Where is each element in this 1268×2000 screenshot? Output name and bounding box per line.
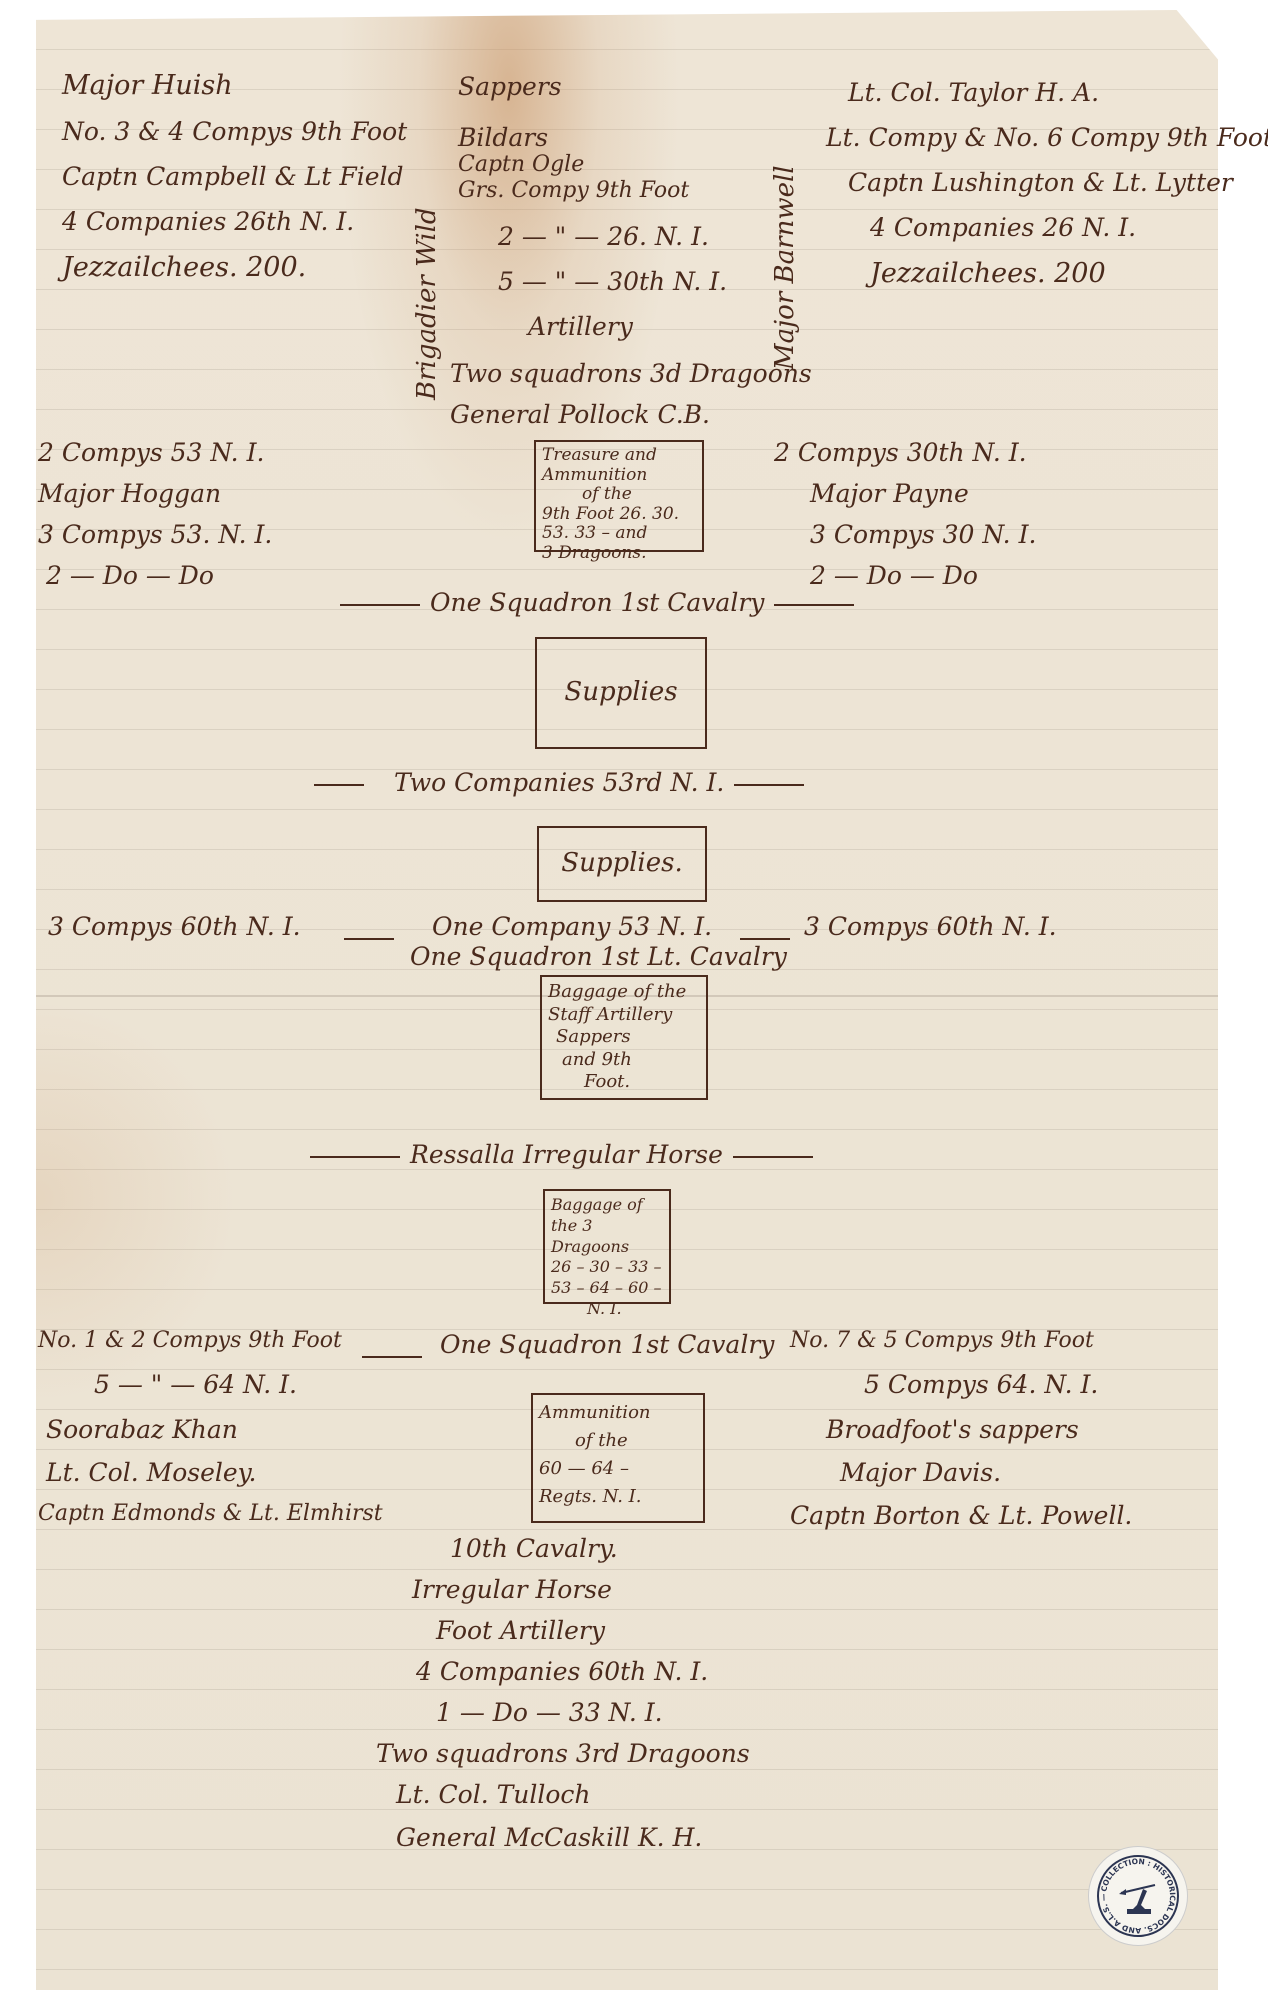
box-line: 53 – 64 – 60 –: [551, 1278, 663, 1299]
rule-line: [774, 604, 854, 606]
line-two-companies: Two Companies 53rd N. I.: [304, 768, 814, 797]
text-line: Grs. Compy 9th Foot: [458, 180, 812, 202]
text-line: General Pollock C.B.: [450, 402, 812, 427]
box-line: of the: [539, 1427, 697, 1455]
text-line: 2 — Do — Do: [46, 563, 272, 588]
text-line: 1 — Do — 33 N. I.: [436, 1700, 750, 1725]
box-line: 9th Foot 26. 30.: [542, 505, 696, 525]
rule-line: [310, 1156, 400, 1158]
box-line: Ammunition: [539, 1399, 697, 1427]
text-line: Lt. Compy & No. 6 Compy 9th Foot: [826, 125, 1268, 150]
collection-seal: COLLECTION : HISTORICAL DOCS. AND A.L.S.…: [1088, 1846, 1188, 1946]
text-line: Two squadrons 3d Dragoons: [450, 361, 812, 386]
text-line: Captn Edmonds & Lt. Elmhirst: [38, 1503, 383, 1525]
text-line: 5 Compys 64. N. I.: [864, 1372, 1132, 1397]
vertical-label-brigadier-wild: Brigadier Wild: [412, 207, 442, 400]
text-line: 3 Compys 30 N. I.: [810, 522, 1036, 547]
text-line: 4 Companies 26th N. I.: [62, 209, 407, 234]
text-line: Lt. Col. Taylor H. A.: [848, 80, 1268, 105]
box-line: Treasure and: [542, 446, 696, 466]
box-line: 26 – 30 – 33 –: [551, 1257, 663, 1278]
text-line: Jezzailchees. 200.: [62, 254, 407, 281]
text-line: Major Payne: [810, 481, 1036, 506]
rule-line: [362, 1340, 422, 1369]
text-line: Captn Ogle: [458, 154, 812, 176]
text-line: 10th Cavalry.: [450, 1536, 750, 1561]
text-line: Foot Artillery: [436, 1618, 750, 1643]
box-line: Foot.: [548, 1071, 700, 1094]
text-line: Captn Campbell & Lt Field: [62, 164, 407, 189]
box-ammunition: Ammunition of the 60 — 64 – Regts. N. I.: [531, 1393, 705, 1523]
text-line: 2 Compys 53 N. I.: [38, 440, 272, 465]
rule-line: [344, 922, 394, 951]
text-line: Ressalla Irregular Horse: [410, 1140, 723, 1169]
rule-line: [733, 1156, 813, 1158]
column-sappers: Sappers Bildars Captn Ogle Grs. Compy 9t…: [458, 74, 812, 445]
box-line: the 3 Dragoons: [551, 1216, 663, 1258]
text-line: One Squadron 1st Cavalry: [430, 588, 764, 617]
text-line: No. 1 & 2 Compys 9th Foot: [38, 1330, 383, 1352]
column-rear: 10th Cavalry. Irregular Horse Foot Artil…: [376, 1536, 750, 1868]
line-ressalla-irregular-horse: Ressalla Irregular Horse: [300, 1140, 823, 1169]
column-lower-left: No. 1 & 2 Compys 9th Foot 5 — " — 64 N. …: [38, 1330, 383, 1543]
text-line: No. 3 & 4 Compys 9th Foot: [62, 119, 407, 144]
column-lt-col-taylor: Lt. Col. Taylor H. A. Lt. Compy & No. 6 …: [826, 80, 1268, 305]
text-60th-left: 3 Compys 60th N. I.: [48, 912, 301, 941]
text-line: Two Companies 53rd N. I.: [394, 768, 724, 797]
line-one-squadron-cavalry-2: One Squadron 1st Cavalry: [440, 1330, 774, 1359]
text-line: Major Davis.: [840, 1460, 1132, 1485]
text-line: Major Huish: [62, 72, 407, 99]
text-line: 2 — " — 26. N. I.: [498, 224, 812, 249]
text-line: 4 Companies 26 N. I.: [870, 215, 1268, 240]
text-line: Bildars: [458, 125, 812, 150]
text-line: Captn Lushington & Lt. Lytter: [848, 170, 1268, 195]
box-line: Baggage of: [551, 1195, 663, 1216]
text-line: Captn Borton & Lt. Powell.: [790, 1503, 1132, 1528]
text-line: Irregular Horse: [412, 1577, 750, 1602]
rule-line: [314, 784, 364, 786]
box-line: Sappers: [548, 1026, 700, 1049]
box-line: and 9th: [548, 1049, 700, 1072]
box-supplies-1: Supplies: [535, 637, 707, 749]
text-line: Sappers: [458, 74, 812, 99]
column-major-huish: Major Huish No. 3 & 4 Compys 9th Foot Ca…: [62, 72, 407, 299]
text-one-company-53: One Company 53 N. I.: [432, 912, 712, 941]
rule-line: [340, 604, 420, 606]
text-line: Two squadrons 3rd Dragoons: [376, 1741, 750, 1766]
box-line: 60 — 64 –: [539, 1455, 697, 1483]
text-one-squadron-lt-cavalry: One Squadron 1st Lt. Cavalry: [410, 942, 787, 971]
box-line: Baggage of the: [548, 981, 700, 1004]
text-line: General McCaskill K. H.: [396, 1825, 750, 1850]
text-line: 5 — " — 64 N. I.: [94, 1372, 383, 1397]
box-treasure-ammunition: Treasure and Ammunition of the 9th Foot …: [534, 440, 704, 552]
box-line: Ammunition: [542, 466, 696, 486]
text-line: Lt. Col. Moseley.: [46, 1460, 383, 1485]
column-lower-right: No. 7 & 5 Compys 9th Foot 5 Compys 64. N…: [790, 1330, 1132, 1546]
text-line: Jezzailchees. 200: [870, 260, 1268, 287]
text-line: Broadfoot's sappers: [826, 1417, 1132, 1442]
box-supplies-2: Supplies.: [537, 826, 707, 902]
text-line: 2 Compys 30th N. I.: [774, 440, 1036, 465]
text-line: Artillery: [528, 314, 812, 339]
box-line: Regts. N. I.: [539, 1483, 697, 1511]
arm-holding-arrow-crest-icon: COLLECTION : HISTORICAL DOCS. AND A.L.S.…: [1089, 1847, 1187, 1945]
box-line: N. I.: [551, 1299, 663, 1320]
line-one-squadron-cavalry: One Squadron 1st Cavalry: [330, 588, 864, 617]
text-line: 2 — Do — Do: [810, 563, 1036, 588]
box-line: of the: [542, 485, 696, 505]
box-line: 53. 33 – and: [542, 524, 696, 544]
text-line: 5 — " — 30th N. I.: [498, 269, 812, 294]
column-major-hoggan: 2 Compys 53 N. I. Major Hoggan 3 Compys …: [38, 440, 272, 606]
text-line: No. 7 & 5 Compys 9th Foot: [790, 1330, 1132, 1352]
column-major-payne: 2 Compys 30th N. I. Major Payne 3 Compys…: [774, 440, 1036, 606]
text-60th-right: 3 Compys 60th N. I.: [804, 912, 1057, 941]
rule-line: [734, 784, 804, 786]
text-line: 4 Companies 60th N. I.: [416, 1659, 750, 1684]
box-baggage-dragoons: Baggage of the 3 Dragoons 26 – 30 – 33 –…: [543, 1189, 671, 1304]
box-line: 3 Dragoons.: [542, 544, 696, 564]
text-line: Lt. Col. Tulloch: [396, 1782, 750, 1807]
box-line: Staff Artillery: [548, 1004, 700, 1027]
text-line: Major Hoggan: [38, 481, 272, 506]
box-baggage-staff: Baggage of the Staff Artillery Sappers a…: [540, 975, 708, 1100]
text-line: Soorabaz Khan: [46, 1417, 383, 1442]
text-line: 3 Compys 53. N. I.: [38, 522, 272, 547]
